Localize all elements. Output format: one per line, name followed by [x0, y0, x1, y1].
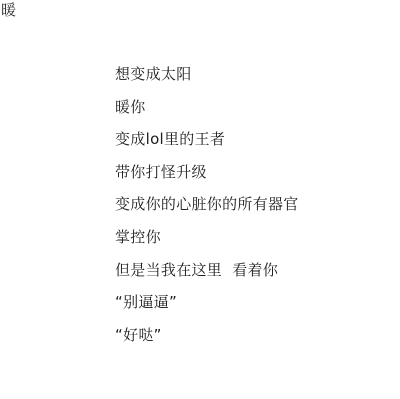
poem-line: “好哒” — [115, 325, 299, 358]
poem-line: 但是当我在这里 看着你 — [115, 260, 299, 293]
title-text: 暖 — [1, 1, 16, 19]
poem-text-block: 想变成太阳 暖你 变成lol里的王者 带你打怪升级 变成你的心脏你的所有器官 掌… — [115, 64, 299, 357]
poem-line: 变成lol里的王者 — [115, 129, 299, 162]
poem-line: 暖你 — [115, 97, 299, 130]
poem-line: 带你打怪升级 — [115, 162, 299, 195]
poem-line: 想变成太阳 — [115, 64, 299, 97]
poem-line: 掌控你 — [115, 227, 299, 260]
poem-line: 变成你的心脏你的所有器官 — [115, 194, 299, 227]
poem-line: “别逼逼” — [115, 292, 299, 325]
